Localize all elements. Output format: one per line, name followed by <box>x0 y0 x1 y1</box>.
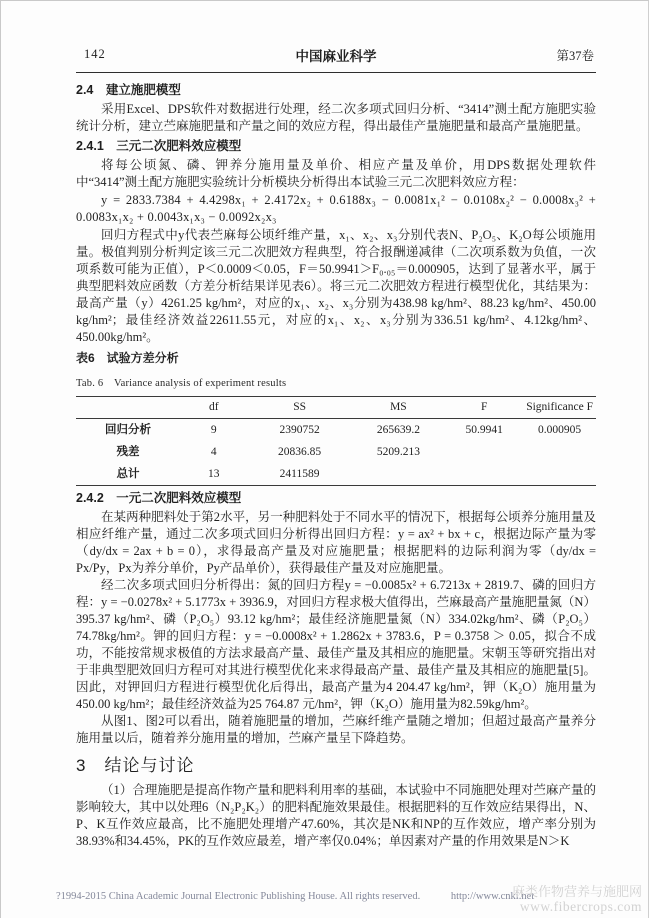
paragraph-regression-analysis: 回归方程式中y代表苎麻每公顷纤维产量，x₁、x₂、x₃分别代表N、P₂O₅、K₂… <box>76 227 596 346</box>
section-heading-2-4-2: 2.4.2 一元二次肥料效应模型 <box>76 490 596 507</box>
cell-f: 50.9941 <box>445 419 523 442</box>
journal-title: 中国麻业科学 <box>76 45 596 65</box>
cell-ms: 5209.213 <box>352 441 446 463</box>
column-header-sig-f: Significance F <box>523 397 596 419</box>
table-row: 残差 4 20836.85 5209.213 <box>76 441 596 463</box>
paragraph-methods: 采用Excel、DPS软件对数据进行处理，经二次多项式回归分析、“3414”测土… <box>76 101 596 135</box>
column-header-blank <box>76 397 180 419</box>
document-page: 142 中国麻业科学 第37卷 2.4 建立施肥模型 采用Excel、DPS软件… <box>0 0 649 918</box>
table-row: 总计 13 2411589 <box>76 463 596 486</box>
paragraph-figures-trend: 从图1、图2可以看出，随着施肥量的增加，苎麻纤维产量随之增加；但超过最高产量养分… <box>76 713 596 747</box>
column-header-ms: MS <box>352 397 446 419</box>
cell-sig <box>523 463 596 486</box>
volume-label: 第37卷 <box>556 46 594 64</box>
cell-ms: 265639.2 <box>352 419 446 442</box>
section-heading-2-4-1: 2.4.1 三元二次肥料效应模型 <box>76 138 596 155</box>
table-header-row: df SS MS F Significance F <box>76 397 596 419</box>
cell-f <box>445 441 523 463</box>
row-label-regression: 回归分析 <box>76 419 180 442</box>
paragraph-unary-model: 在某两种肥料处于第2水平，另一种肥料处于不同水平的情况下，根据每公顷养分施用量及… <box>76 509 596 577</box>
cell-ms <box>352 463 446 486</box>
paragraph-ternary-model: 将每公顷氮、磷、钾养分施用量及单价、相应产量及单价，用DPS数据处理软件中“34… <box>76 157 596 191</box>
column-header-df: df <box>180 397 248 419</box>
table-caption-en: Tab. 6 Variance analysis of experiment r… <box>76 375 596 392</box>
section-heading-2-4: 2.4 建立施肥模型 <box>76 82 596 99</box>
cell-sig <box>523 441 596 463</box>
page-header: 142 中国麻业科学 第37卷 <box>76 45 596 65</box>
cell-ss: 20836.85 <box>248 441 352 463</box>
cell-sig: 0.000905 <box>523 419 596 442</box>
table-caption-zh: 表6 试验方差分析 <box>76 350 596 367</box>
cell-df: 13 <box>180 463 248 486</box>
cell-df: 4 <box>180 441 248 463</box>
row-label-total: 总计 <box>76 463 180 486</box>
cell-ss: 2411589 <box>248 463 352 486</box>
row-label-residual: 残差 <box>76 441 180 463</box>
column-header-ss: SS <box>248 397 352 419</box>
article-content: 2.4 建立施肥模型 采用Excel、DPS软件对数据进行处理，经二次多项式回归… <box>76 79 596 850</box>
cnki-url: http://www.cnki.net <box>451 891 534 902</box>
column-header-f: F <box>445 397 523 419</box>
variance-analysis-table: df SS MS F Significance F 回归分析 9 2390752… <box>76 396 596 486</box>
equation-effect-function: y = 2833.7384 + 4.4298x₁ + 2.4172x₂ + 0.… <box>76 192 596 226</box>
paragraph-npk-regression: 经二次多项式回归分析得出：氮的回归方程y = −0.0085x² + 6.721… <box>76 577 596 713</box>
copyright-text: ?1994-2015 China Academic Journal Electr… <box>56 891 420 902</box>
cell-ss: 2390752 <box>248 419 352 442</box>
cell-f <box>445 463 523 486</box>
cell-df: 9 <box>180 419 248 442</box>
table-row: 回归分析 9 2390752 265639.2 50.9941 0.000905 <box>76 419 596 442</box>
section-heading-3: 3 结论与讨论 <box>76 757 596 774</box>
header-rule <box>76 72 596 73</box>
paragraph-conclusion-1: （1）合理施肥是提高作物产量和肥料利用率的基础，本试验中不同施肥处理对苎麻产量的… <box>76 782 596 850</box>
copyright-footer: ?1994-2015 China Academic Journal Electr… <box>56 891 640 902</box>
